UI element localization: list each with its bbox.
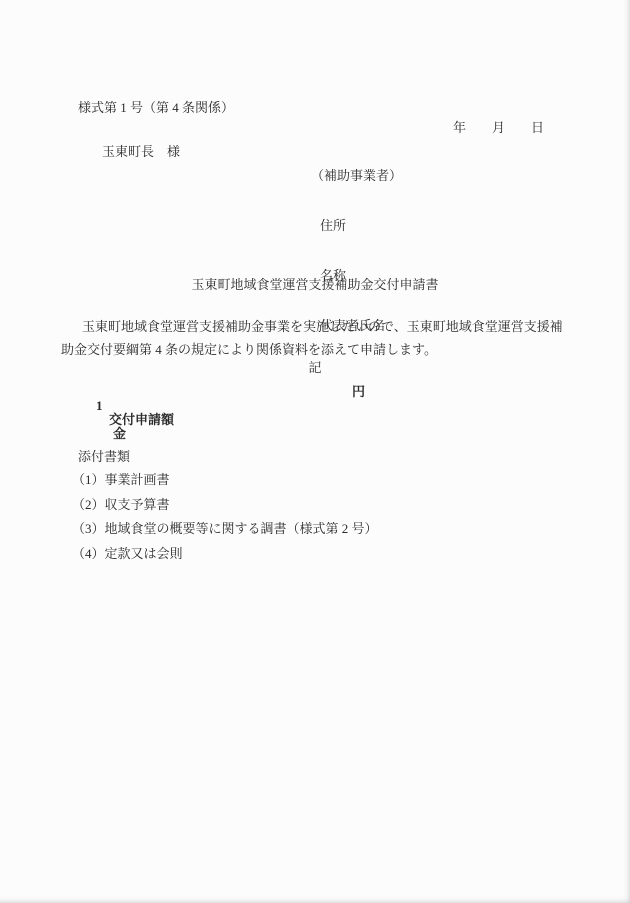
addressee: 玉東町長 様 [102,145,180,159]
attachment-item: （4）定款又は会則 [72,546,378,571]
amount-suffix: 円 [352,385,365,399]
attachment-item: （2）収支予算書 [72,497,378,522]
form-number: 様式第 1 号（第 4 条関係） [78,101,234,115]
record-marker: 記 [0,361,630,375]
document-page: 様式第 1 号（第 4 条関係） 年 月 日 玉東町長 様 （補助事業者） 住所… [0,0,630,903]
body-paragraph: 玉東町地域食堂運営支援補助金事業を実施したいので、玉東町地域食堂運営支援補 助金… [61,319,566,364]
body-line: 玉東町地域食堂運営支援補助金事業を実施したいので、玉東町地域食堂運営支援補 [61,319,566,342]
request-label: 交付申請額 [109,412,174,427]
attachment-item: （1）事業計画書 [72,472,378,497]
applicant-header: （補助事業者） [311,169,402,183]
date-line: 年 月 日 [453,121,544,135]
request-amount-line: 1 交付申請額 金 [83,385,174,455]
amount-prefix: 金 [113,426,126,441]
document-title: 玉東町地域食堂運営支援補助金交付申請書 [0,278,630,292]
attachments-header: 添付書類 [78,450,130,464]
attachment-item: （3）地域食堂の概要等に関する調書（様式第 2 号） [72,521,378,546]
request-number: 1 [96,398,103,413]
attachments-list: （1）事業計画書 （2）収支予算書 （3）地域食堂の概要等に関する調書（様式第 … [72,472,378,570]
applicant-field-address: 住所 [320,219,385,241]
